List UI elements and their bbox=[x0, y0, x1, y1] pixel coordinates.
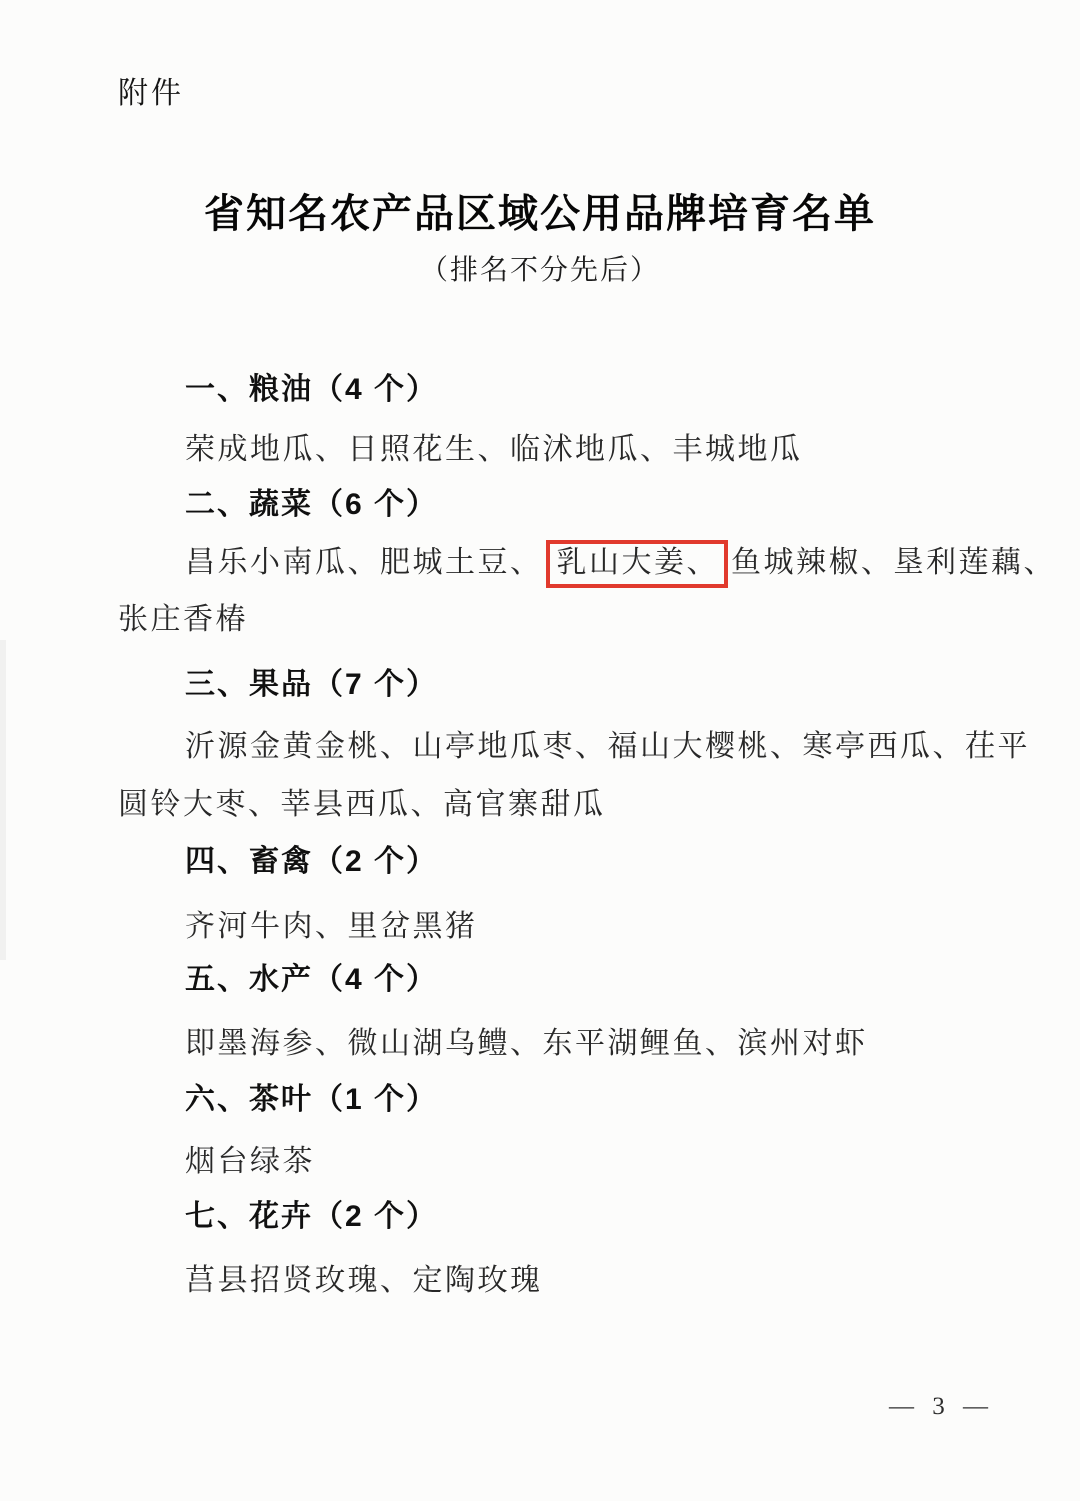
document-title: 省知名农产品区域公用品牌培育名单 bbox=[0, 182, 1080, 239]
section-heading-fruits: 三、果品（7 个） bbox=[185, 663, 438, 707]
section-line-vegetables-1: 昌乐小南瓜、肥城土豆、乳山大姜、鱼城辣椒、垦利莲藕、 bbox=[185, 540, 1056, 584]
section-heading-livestock: 四、畜禽（2 个） bbox=[185, 840, 438, 884]
section-heading-flowers: 七、花卉（2 个） bbox=[185, 1195, 438, 1239]
section-line-livestock: 齐河牛肉、里岔黑猪 bbox=[185, 905, 478, 949]
section-line-grain-oil: 荣成地瓜、日照花生、临沭地瓜、丰城地瓜 bbox=[185, 428, 803, 472]
section-line-tea: 烟台绿茶 bbox=[185, 1140, 315, 1184]
highlight-box-rushan-ginger: 乳山大姜、 bbox=[546, 540, 729, 588]
section-line-fruits-1: 沂源金黄金桃、山亭地瓜枣、福山大樱桃、寒亭西瓜、茌平 bbox=[185, 725, 1030, 769]
section-heading-aquatic: 五、水产（4 个） bbox=[185, 958, 438, 1002]
document-page: 附件 省知名农产品区域公用品牌培育名单 （排名不分先后） 一、粮油（4 个） 荣… bbox=[0, 0, 1080, 1501]
page-number: — 3 — bbox=[889, 1393, 994, 1421]
section-line-vegetables-2: 张庄香椿 bbox=[118, 598, 248, 642]
section-heading-vegetables: 二、蔬菜（6 个） bbox=[185, 483, 438, 527]
section-heading-tea: 六、茶叶（1 个） bbox=[185, 1078, 438, 1122]
vegetables-text-before-highlight: 昌乐小南瓜、肥城土豆、 bbox=[185, 546, 543, 579]
document-subtitle: （排名不分先后） bbox=[0, 248, 1080, 288]
vegetables-text-after-highlight: 鱼城辣椒、垦利莲藕、 bbox=[731, 546, 1056, 579]
attachment-label: 附件 bbox=[118, 68, 184, 112]
section-line-aquatic: 即墨海参、微山湖乌鳢、东平湖鲤鱼、滨州对虾 bbox=[185, 1022, 868, 1066]
section-line-fruits-2: 圆铃大枣、莘县西瓜、高官寨甜瓜 bbox=[118, 783, 606, 827]
section-heading-grain-oil: 一、粮油（4 个） bbox=[185, 368, 438, 412]
section-line-flowers: 莒县招贤玫瑰、定陶玫瑰 bbox=[185, 1259, 543, 1303]
